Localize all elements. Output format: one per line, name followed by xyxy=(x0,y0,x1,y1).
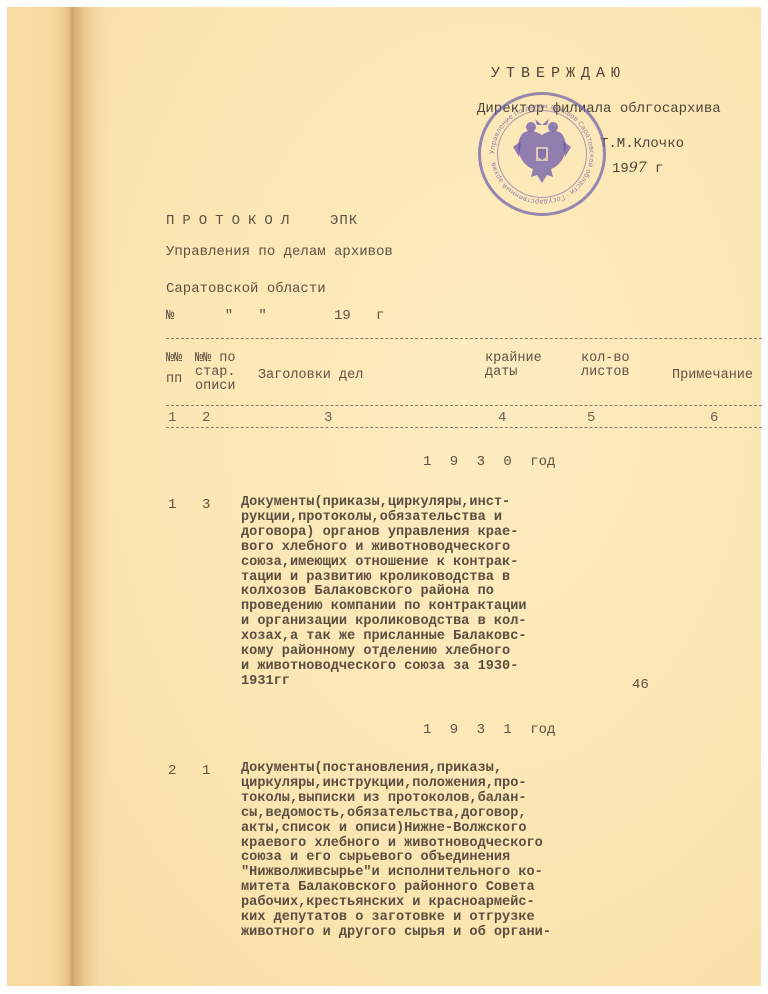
approval-year-printed: 19 xyxy=(612,161,629,177)
table-rule-header-bottom xyxy=(166,405,762,406)
approval-year-handwritten: 97 xyxy=(629,160,647,176)
protocol-org-line2: Саратовской области xyxy=(166,281,326,297)
protocol-date-line: № " " 19 г xyxy=(166,308,384,324)
table-rule-numbers-bottom xyxy=(166,427,762,428)
stamp-ring-text: Управление по делам архивов Саратовской … xyxy=(488,102,595,206)
protocol-title-main: ПРОТОКОЛ xyxy=(166,213,297,229)
entry-number: 1 xyxy=(168,497,176,513)
approval-role: Директор филиала облгосархива xyxy=(477,101,721,117)
section-year-word: год xyxy=(530,454,555,470)
approval-year-suffix: г xyxy=(647,161,664,177)
table-header-cell: стар. xyxy=(195,366,236,380)
table-column-number: 5 xyxy=(587,410,595,426)
entry-old-number: 1 xyxy=(202,763,210,779)
entry-title: Документы(приказы,циркуляры,инст- рукции… xyxy=(241,496,527,690)
table-column-number: 4 xyxy=(498,410,506,426)
approval-name: Т.М.Клочко xyxy=(600,136,684,152)
table-header-cell: №№ xyxy=(166,352,182,366)
table-header-cell: даты xyxy=(485,366,517,380)
approval-year: 1997 г xyxy=(612,160,663,177)
table-header-cell: крайние xyxy=(485,352,542,366)
table-header-cell: пп xyxy=(166,373,182,387)
approval-title: УТВЕРЖДАЮ xyxy=(491,66,626,82)
table-header-cell: листов xyxy=(581,366,630,380)
protocol-title: ПРОТОКОЛ ЭПК xyxy=(166,213,358,229)
table-header-cell: №№ по xyxy=(195,352,236,366)
entry-old-number: 3 xyxy=(202,497,210,513)
double-headed-eagle-icon xyxy=(511,117,573,189)
section-year-digits: 1 9 3 0 xyxy=(423,454,530,470)
table-column-number: 2 xyxy=(202,410,210,426)
document-content: УТВЕРЖДАЮ Директор филиала облгосархива … xyxy=(0,0,768,994)
stamp-inner-ring xyxy=(497,110,587,198)
entry-title: Документы(постановления,приказы, циркуля… xyxy=(241,762,551,941)
protocol-org-line1: Управления по делам архивов xyxy=(166,244,393,260)
section-year-word: год xyxy=(530,722,555,738)
table-header-cell: описи xyxy=(195,380,236,394)
table-column-number: 3 xyxy=(324,410,332,426)
table-column-number: 6 xyxy=(710,410,718,426)
section-year-heading: 1 9 3 0 год xyxy=(423,454,555,470)
table-header-cell: Заголовки дел xyxy=(258,369,363,383)
table-rule-top xyxy=(166,338,762,339)
section-year-heading: 1 9 3 1 год xyxy=(423,722,555,738)
entry-number: 2 xyxy=(168,763,176,779)
protocol-title-suffix: ЭПК xyxy=(330,213,358,229)
entry-sheet-count: 46 xyxy=(632,677,649,693)
section-year-digits: 1 9 3 1 xyxy=(423,722,530,738)
svg-text:Управление по делам архивов Са: Управление по делам архивов Саратовской … xyxy=(488,102,595,206)
table-header-cell: Примечание xyxy=(672,369,753,383)
table-header-cell: кол-во xyxy=(581,352,630,366)
table-column-number: 1 xyxy=(168,410,176,426)
